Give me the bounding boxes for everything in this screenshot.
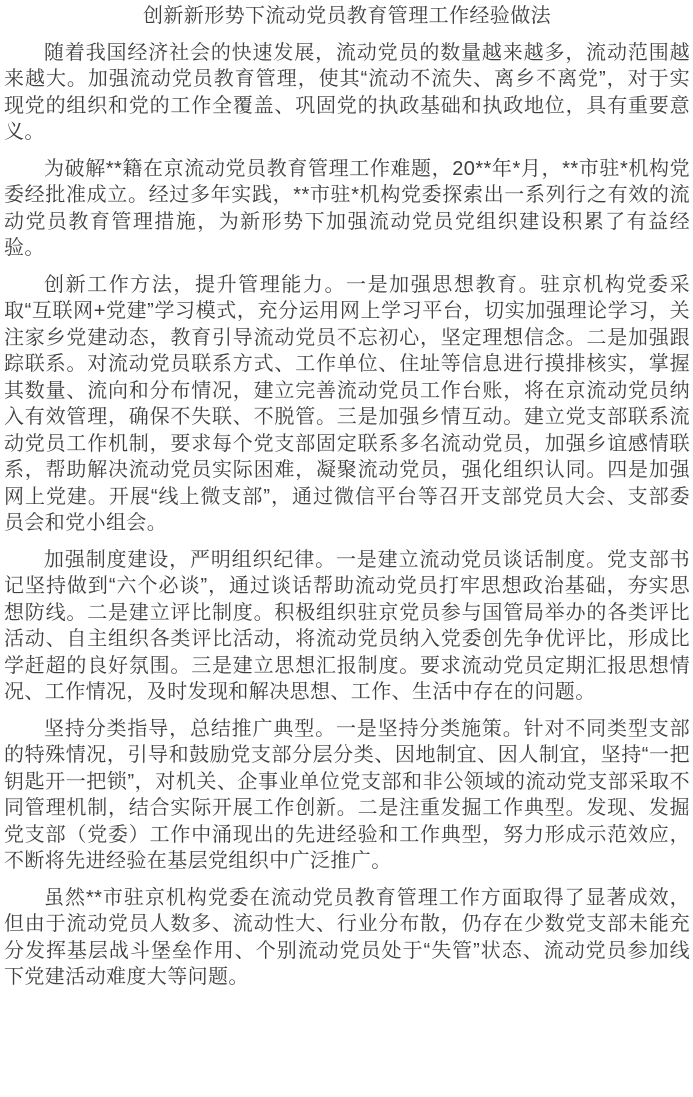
paragraph-work-methods: 创新工作方法，提升管理能力。一是加强思想教育。驻京机构党委采取“互联网+党建”学… xyxy=(4,272,690,537)
paragraph-classified-guidance: 坚持分类指导，总结推广典型。一是坚持分类施策。针对不同类型支部的特殊情况，引导和… xyxy=(4,716,690,875)
document-title: 创新新形势下流动党员教育管理工作经验做法 xyxy=(4,3,690,30)
paragraph-system-building: 加强制度建设，严明组织纪律。一是建立流动党员谈话制度。党支部书记坚持做到“六个必… xyxy=(4,547,690,706)
document-page: 创新新形势下流动党员教育管理工作经验做法 随着我国经济社会的快速发展，流动党员的… xyxy=(0,0,693,1097)
paragraph-background: 为破解**籍在京流动党员教育管理工作难题，20**年*月，**市驻*机构党委经批… xyxy=(4,156,690,262)
paragraph-remaining-problems: 虽然**市驻京机构党委在流动党员教育管理工作方面取得了显著成效，但由于流动党员人… xyxy=(4,885,690,991)
paragraph-intro: 随着我国经济社会的快速发展，流动党员的数量越来越多，流动范围越来越大。加强流动党… xyxy=(4,40,690,146)
